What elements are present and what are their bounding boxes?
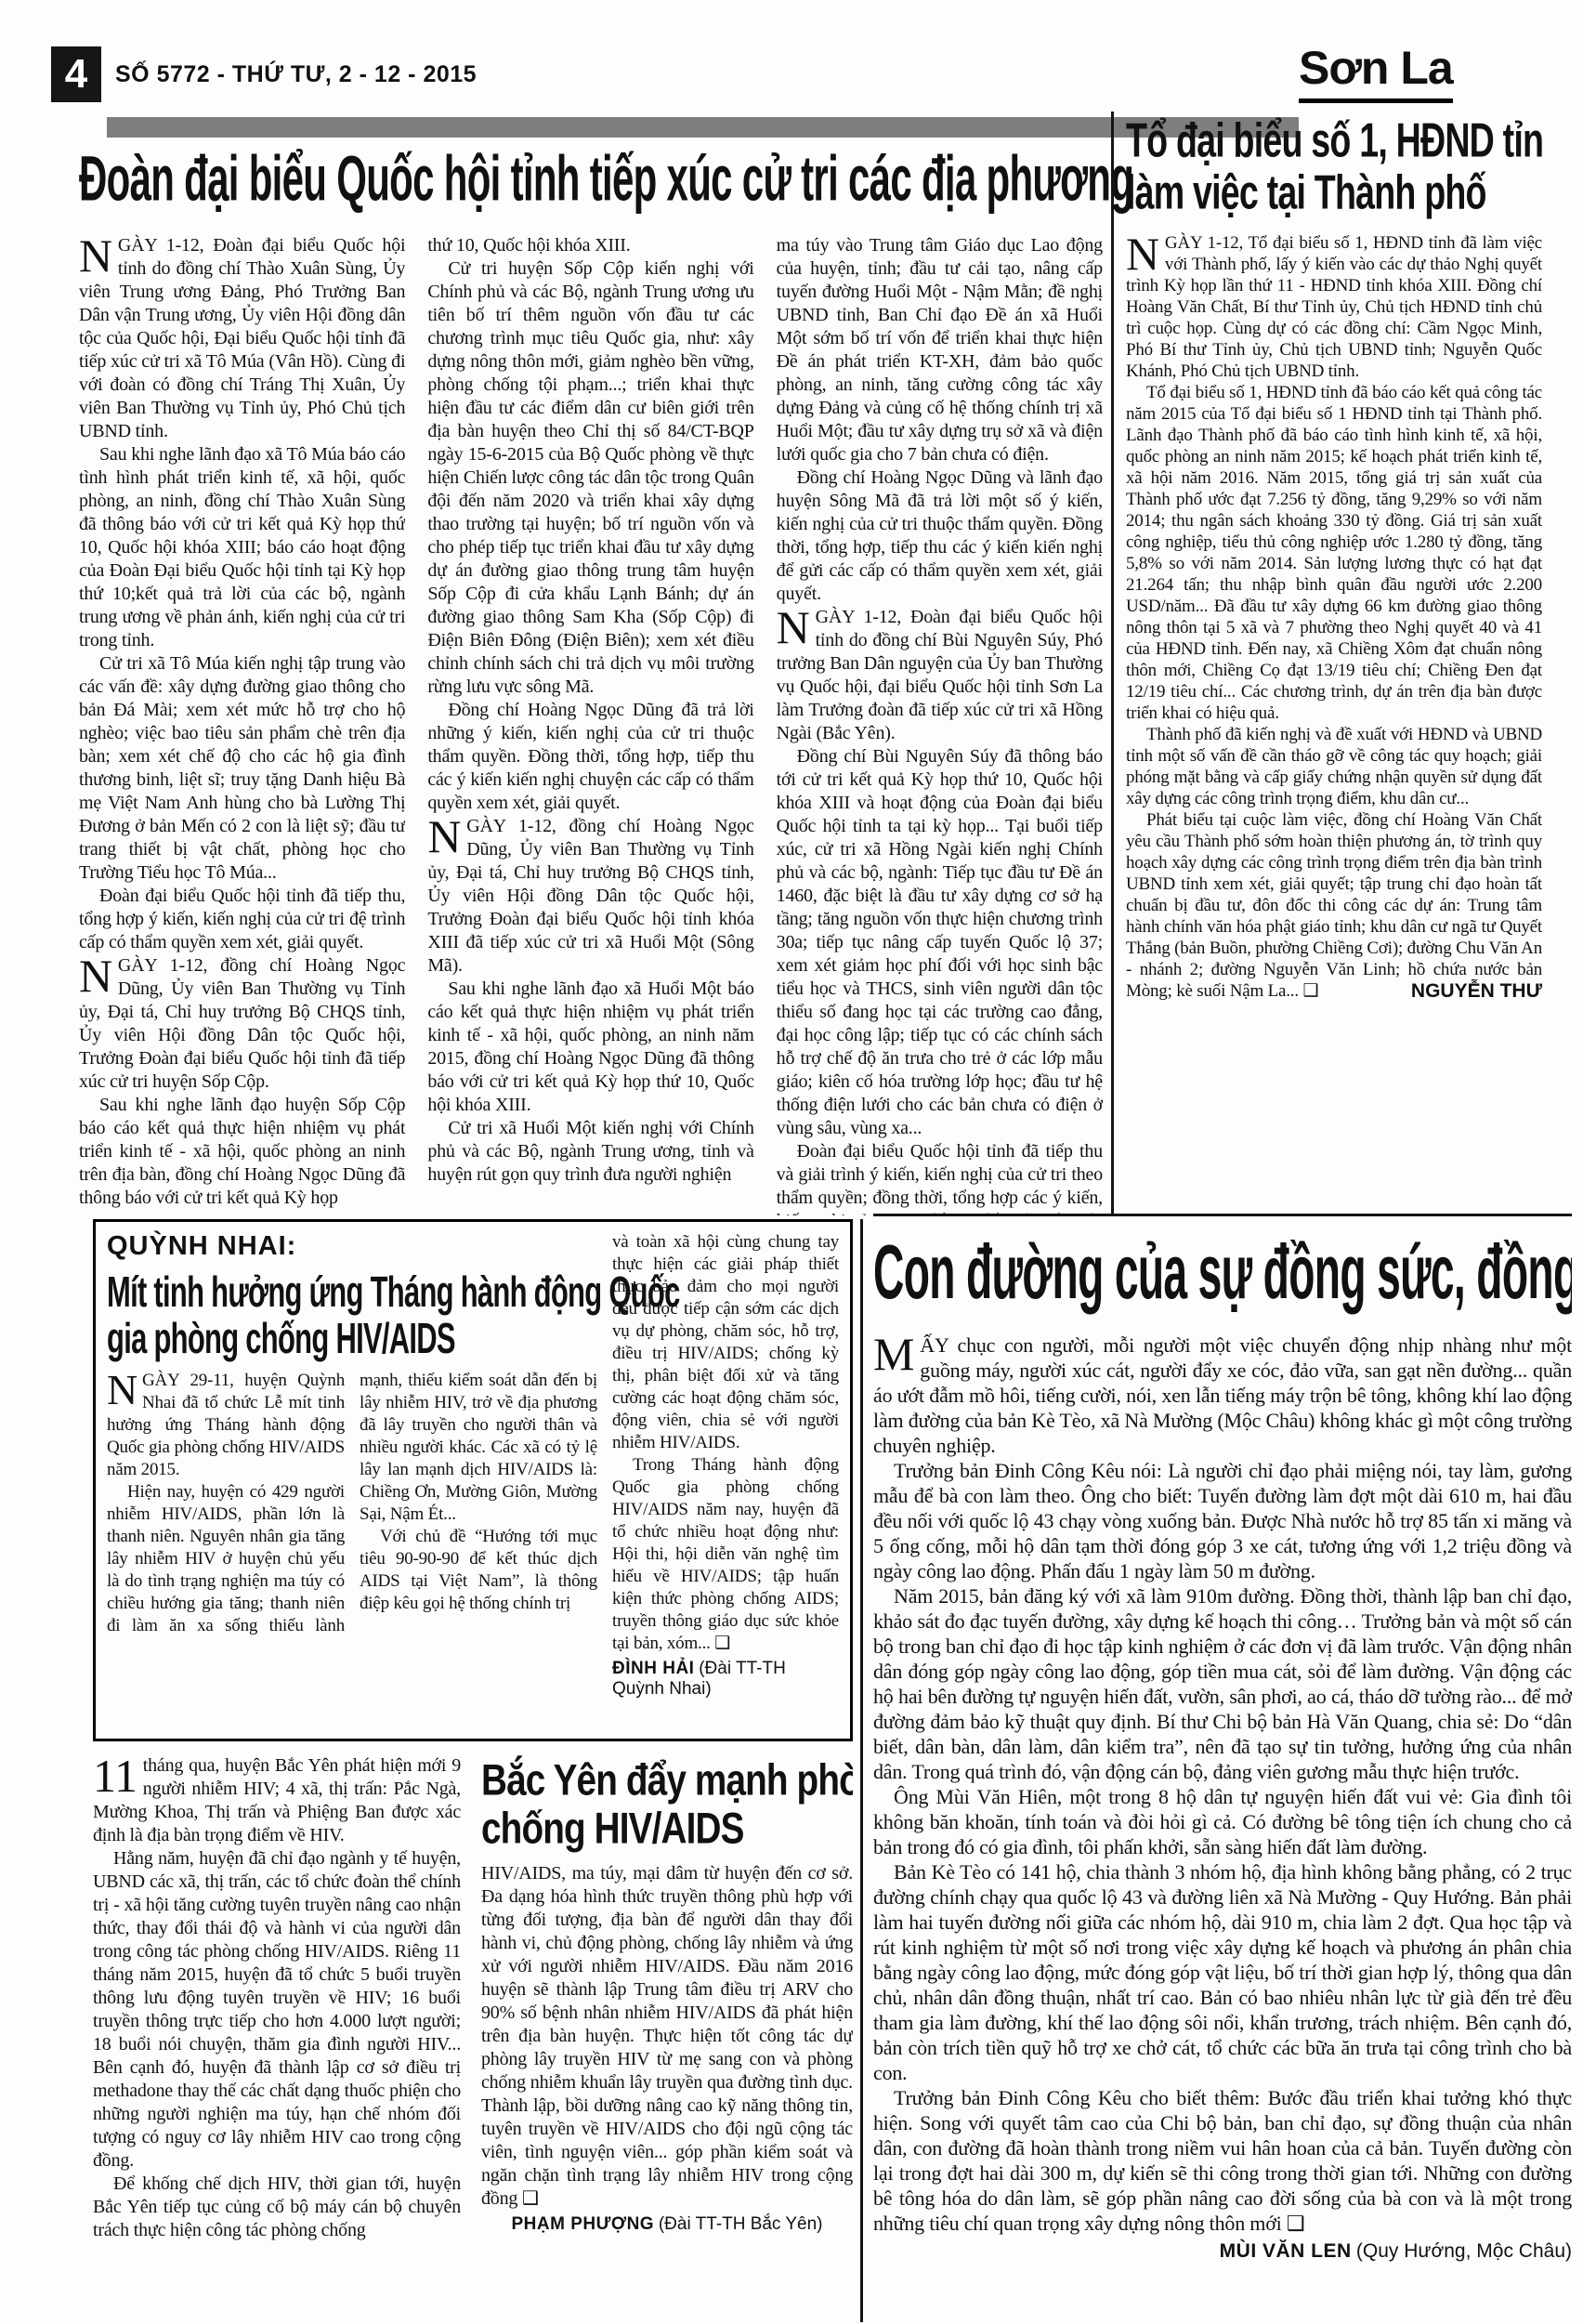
article-road-of-unity: Con đường của sự đồng sức, đồng lòng MẤY… [873, 1225, 1572, 2321]
article-bacyen-hiv-prevention: 11tháng qua, huyện Bắc Yên phát hiện mới… [93, 1754, 853, 2322]
paragraph-continuation: thứ 10, Quốc hội khóa XIII. [427, 234, 753, 257]
road-body: MẤY chục con người, mỗi người một việc c… [873, 1333, 1572, 2263]
paragraph: Phát biểu tại cuộc làm việc, đồng chí Ho… [1126, 809, 1542, 1002]
paragraph: Bản Kè Tèo có 141 hộ, chia thành 3 nhóm … [873, 1859, 1572, 2085]
paragraph-continuation: HIV/AIDS, ma túy, mại dâm từ huyện đến c… [481, 1862, 853, 2211]
byline-quynhnhai: ĐÌNH HẢI (Đài TT-TH Quỳnh Nhai) [612, 1659, 839, 1700]
drop-cap: N [1126, 232, 1165, 272]
section-rule [873, 1214, 1572, 1216]
paragraph: Đoàn đại biểu Quốc hội tỉnh đã tiếp thu,… [79, 885, 405, 954]
paragraph: Hằng năm, huyện đã chỉ đạo ngành y tế hu… [93, 1847, 461, 2173]
paragraph: Để khống chế dịch HIV, thời gian tới, hu… [93, 2173, 461, 2242]
drop-cap: N [777, 606, 816, 646]
paragraph: Trưởng bản Đinh Công Kêu nói: Là người c… [873, 1458, 1572, 1583]
newspaper-page: 4 SỐ 5772 - THỨ TƯ, 2 - 12 - 2015 Sơn La… [0, 0, 1583, 2324]
drop-cap: N [79, 234, 118, 274]
page-number: 4 [51, 46, 101, 102]
drop-cap: 11 [93, 1754, 143, 1794]
quynhnhai-headline: Mít tinh hưởng ứng Tháng hành động Quốc … [107, 1267, 597, 1360]
paragraph: Cử tri xã Huổi Một kiến nghị với Chính p… [427, 1117, 753, 1187]
paragraph: NGÀY 1-12, Tổ đại biểu số 1, HĐND tỉnh đ… [1126, 232, 1542, 382]
paragraph: Đồng chí Hoàng Ngọc Dũng và lãnh đạo huy… [777, 466, 1103, 606]
paragraph: NGÀY 29-11, huyện Quỳnh Nhai đã tổ chức … [107, 1370, 345, 1481]
paragraph: Sau khi nghe lãnh đạo xã Huổi Một báo cá… [427, 978, 753, 1117]
paragraph: NGÀY 1-12, Đoàn đại biểu Quốc hội tỉnh d… [777, 606, 1103, 745]
main-article-columns: NGÀY 1-12, Đoàn đại biểu Quốc hội tỉnh d… [79, 234, 1103, 1215]
paragraph: NGÀY 1-12, Đoàn đại biểu Quốc hội tỉnh d… [79, 234, 405, 443]
drop-cap: N [107, 1370, 142, 1407]
paragraph: Với chủ đề “Hướng tới mục tiêu 90-90-90 … [360, 1526, 597, 1615]
paragraph: Ông Mùi Văn Hiên, một trong 8 hộ dân tự … [873, 1784, 1572, 1859]
article-deputies-meet-voters: Đoàn đại biểu Quốc hội tỉnh tiếp xúc cử … [79, 141, 1103, 1215]
paragraph: Sau khi nghe lãnh đạo xã Tô Múa báo cáo … [79, 443, 405, 652]
article-hdnd-delegation: Tổ đại biểu số 1, HĐND tỉnh làm việc tại… [1126, 112, 1542, 1214]
byline-bacyen: PHẠM PHƯỢNG (Đài TT-TH Bắc Yên) [481, 2214, 853, 2235]
paragraph: Trưởng bản Đinh Công Kêu cho biết thêm: … [873, 2085, 1572, 2236]
newspaper-masthead: Sơn La [1299, 41, 1453, 103]
quynhnhai-left: QUỲNH NHAI: Mít tinh hưởng ứng Tháng hàn… [107, 1231, 597, 1729]
paragraph: Đồng chí Hoàng Ngọc Dũng đã trả lời nhữn… [427, 699, 753, 815]
main-headline: Đoàn đại biểu Quốc hội tỉnh tiếp xúc cử … [79, 141, 1103, 219]
hdnd-headline: Tổ đại biểu số 1, HĐND tỉnh làm việc tại… [1126, 112, 1542, 216]
header-rule [107, 117, 1299, 138]
paragraph: Tổ đại biểu số 1, HĐND tỉnh đã báo cáo k… [1126, 382, 1542, 724]
paragraph: NGÀY 1-12, đồng chí Hoàng Ngọc Dũng, Ủy … [79, 954, 405, 1094]
paragraph: Trong Tháng hành động Quốc gia phòng chố… [612, 1454, 839, 1655]
quynhnhai-columns: NGÀY 29-11, huyện Quỳnh Nhai đã tổ chức … [107, 1370, 597, 1682]
main-column-3: ma túy vào Trung tâm Giáo dục Lao động c… [777, 234, 1103, 1215]
drop-cap: N [79, 954, 118, 994]
paragraph-continuation: ma túy vào Trung tâm Giáo dục Lao động c… [777, 234, 1103, 466]
paragraph: Đồng chí Bùi Nguyên Súy đã thông báo tới… [777, 745, 1103, 1140]
paragraph: Năm 2015, bản đăng ký với xã làm 910m đư… [873, 1583, 1572, 1784]
byline-road: MÙI VĂN LEN (Quy Hướng, Mộc Châu) [873, 2239, 1572, 2263]
paragraph: MẤY chục con người, mỗi người một việc c… [873, 1333, 1572, 1458]
column-rule [1111, 112, 1114, 1214]
drop-cap: N [427, 815, 466, 855]
issue-date-line: SỐ 5772 - THỨ TƯ, 2 - 12 - 2015 [115, 61, 477, 88]
main-column-2: thứ 10, Quốc hội khóa XIII. Cử tri huyện… [427, 234, 753, 1215]
paragraph: Sau khi nghe lãnh đạo huyện Sốp Cộp báo … [79, 1094, 405, 1210]
drop-cap: M [873, 1333, 920, 1372]
bacyen-right-column: Bắc Yên đẩy mạnh phòng chống HIV/AIDS HI… [481, 1754, 853, 2322]
paragraph: Thành phố đã kiến nghị và đề xuất với HĐ… [1126, 724, 1542, 809]
main-column-1: NGÀY 1-12, Đoàn đại biểu Quốc hội tỉnh d… [79, 234, 405, 1215]
paragraph: Cử tri xã Tô Múa kiến nghị tập trung vào… [79, 652, 405, 885]
paragraph: NGÀY 1-12, đồng chí Hoàng Ngọc Dũng, Ủy … [427, 815, 753, 978]
road-headline: Con đường của sự đồng sức, đồng lòng [873, 1225, 1572, 1318]
bacyen-left-column: 11tháng qua, huyện Bắc Yên phát hiện mới… [93, 1754, 461, 2322]
column-rule [860, 1219, 863, 2322]
paragraph-continuation: và toàn xã hội cùng chung tay thực hiện … [612, 1231, 839, 1454]
bacyen-headline: Bắc Yên đẩy mạnh phòng chống HIV/AIDS [481, 1754, 853, 1851]
paragraph: Cử tri huyện Sốp Cộp kiến nghị với Chính… [427, 257, 753, 699]
paragraph: 11tháng qua, huyện Bắc Yên phát hiện mới… [93, 1754, 461, 1847]
kicker: QUỲNH NHAI: [107, 1231, 597, 1262]
paragraph: Đoàn đại biểu Quốc hội tỉnh đã tiếp thu … [777, 1140, 1103, 1215]
article-quynhnhai-hiv-rally: QUỲNH NHAI: Mít tinh hưởng ứng Tháng hàn… [93, 1219, 853, 1741]
